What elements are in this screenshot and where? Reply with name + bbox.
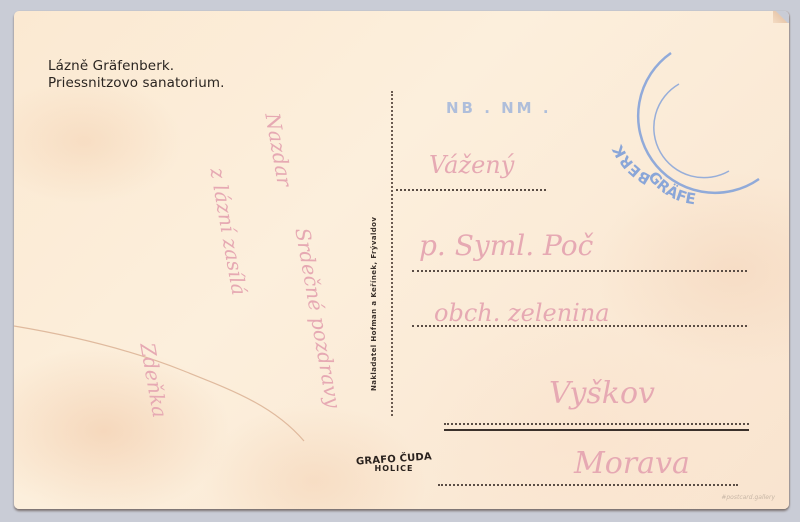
publisher-imprint: Nakladatel Hofman a Keřínek, Frývaldov bbox=[370, 161, 382, 391]
dog-ear-corner bbox=[773, 11, 789, 23]
address-handwriting-4: Vyškov bbox=[549, 376, 655, 411]
center-divider bbox=[391, 91, 393, 416]
address-line-1 bbox=[396, 189, 546, 191]
postcard-back: Lázně Gräfenberk. Priessnitzovo sanatori… bbox=[14, 11, 789, 509]
address-line-4-solid bbox=[444, 429, 749, 431]
message-line-2: Srdečné pozdravy bbox=[290, 226, 345, 410]
postmark-stamp: BERK GRÄFE bbox=[609, 39, 779, 209]
title-line-1: Lázně Gräfenberk. bbox=[48, 58, 225, 75]
title-line-2: Priessnitzovo sanatorium. bbox=[48, 75, 225, 92]
blue-pencil-marks: NB . NM . bbox=[446, 99, 552, 117]
address-line-2 bbox=[412, 270, 747, 272]
address-handwriting-2: p. Syml. Poč bbox=[419, 229, 593, 262]
address-line-4-dotted bbox=[444, 423, 749, 425]
printer-mark: GRAFO ČUDA HOLICE bbox=[354, 454, 434, 473]
postcard-title: Lázně Gräfenberk. Priessnitzovo sanatori… bbox=[48, 58, 225, 92]
watermark: #postcard.gallery bbox=[721, 494, 775, 501]
message-line-1: Nazdar bbox=[260, 111, 297, 188]
address-line-5 bbox=[438, 484, 738, 486]
address-handwriting-3: obch. zelenina bbox=[434, 299, 610, 327]
message-line-4: Zdeňka bbox=[135, 341, 172, 419]
address-handwriting-1: Vážený bbox=[429, 151, 514, 179]
address-handwriting-5: Morava bbox=[574, 446, 690, 481]
message-line-3: z lázní zasílá bbox=[205, 166, 251, 297]
